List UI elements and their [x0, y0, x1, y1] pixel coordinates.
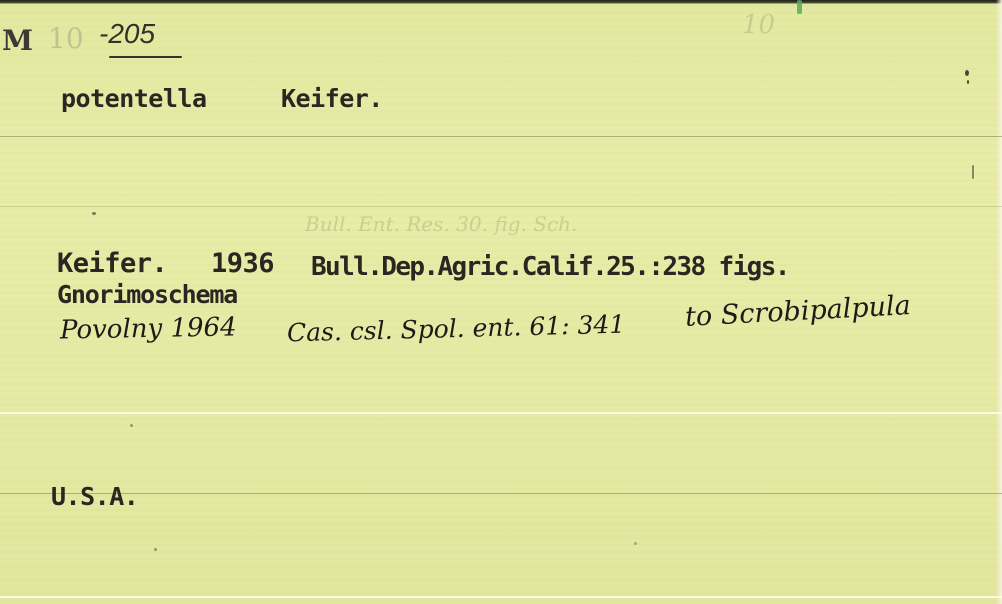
handwritten-author-year: Povolny 1964 — [60, 312, 237, 345]
handwritten-reference: Cas. csl. Spol. ent. 61: 341 — [287, 310, 626, 348]
ink-speck — [154, 548, 157, 551]
citation-author: Keifer. — [57, 248, 167, 279]
citation-reference: Bull.Dep.Agric.Calif.25.:238 figs. — [311, 252, 789, 282]
bleed-through-text: Bull. Ent. Res. 30. fig. Sch. — [305, 212, 577, 236]
species-name: potentella — [61, 84, 207, 113]
ink-speck — [634, 542, 637, 545]
genus-name: Gnorimoschema — [57, 280, 237, 309]
index-card: M 10 -205 10 Bull. Ent. Res. 30. fig. Sc… — [0, 0, 1002, 604]
ink-speck — [965, 70, 969, 76]
ink-speck — [967, 80, 969, 84]
bleed-through-number: 10 — [742, 10, 775, 40]
card-number: -205 — [99, 18, 155, 50]
ruled-line — [0, 136, 1002, 137]
ruled-line — [0, 412, 1002, 414]
stamp-faint-number: 10 — [48, 22, 84, 55]
species-author: Keifer. — [281, 84, 383, 113]
card-right-edge — [996, 0, 1002, 604]
ruled-line — [0, 206, 1002, 207]
ink-mark — [972, 165, 974, 179]
ink-speck — [92, 212, 96, 215]
card-number-underline — [109, 56, 182, 58]
stamp-prefix: M — [2, 24, 31, 57]
green-tab-mark — [797, 0, 802, 14]
citation-year: 1936 — [211, 248, 274, 279]
locality: U.S.A. — [51, 482, 138, 511]
handwritten-transfer: to Scrobipalpula — [684, 290, 911, 333]
card-top-edge — [0, 0, 1002, 4]
ruled-line — [0, 493, 1002, 494]
ink-speck — [130, 424, 133, 427]
ruled-line — [0, 596, 1002, 598]
